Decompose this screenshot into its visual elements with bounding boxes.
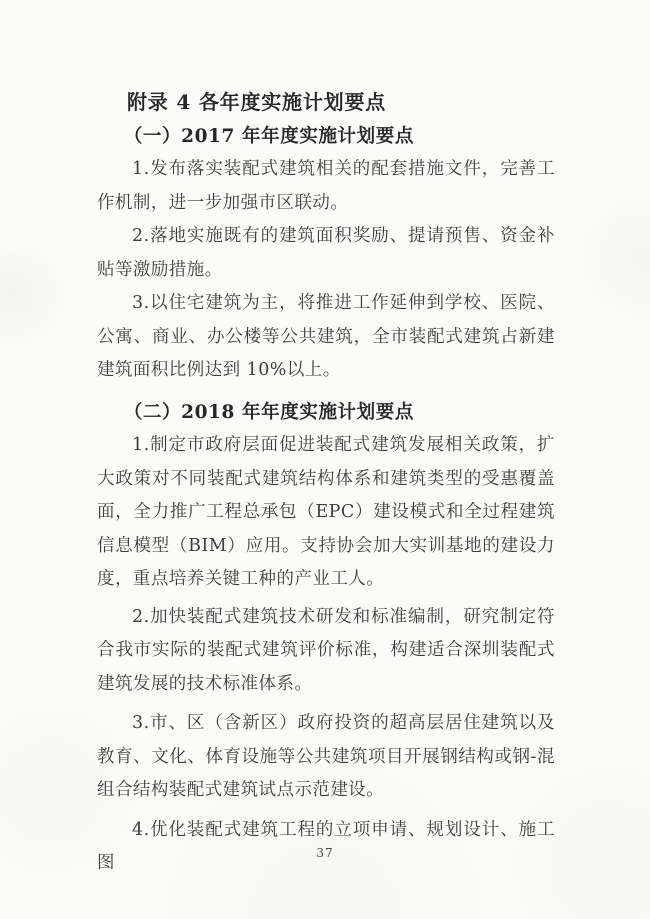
appendix-title: 附录 4 各年度实施计划要点	[97, 86, 555, 120]
paragraph-2017-3: 3.以住宅建筑为主，将推进工作延伸到学校、医院、公寓、商业、办公楼等公共建筑，全…	[97, 287, 555, 388]
paragraph-2018-3: 3.市、区（含新区）政府投资的超高层居住建筑以及教育、文化、体育设施等公共建筑项…	[97, 707, 555, 808]
paragraph-2018-1: 1.制定市政府层面促进装配式建筑发展相关政策，扩大政策对不同装配式建筑结构体系和…	[97, 429, 555, 597]
paragraph-2017-2: 2.落地实施既有的建筑面积奖励、提请预售、资金补贴等激励措施。	[97, 220, 555, 287]
paragraph-2017-1: 1.发布落实装配式建筑相关的配套措施文件，完善工作机制，进一步加强市区联动。	[97, 153, 555, 220]
document-page: 附录 4 各年度实施计划要点 （一）2017 年年度实施计划要点 1.发布落实装…	[0, 0, 650, 919]
section-2017-heading: （一）2017 年年度实施计划要点	[97, 120, 555, 154]
section-2018-heading: （二）2018 年年度实施计划要点	[97, 396, 555, 430]
page-number: 37	[0, 846, 650, 860]
paragraph-2018-2: 2.加快装配式建筑技术研发和标准编制，研究制定符合我市实际的装配式建筑评价标准，…	[97, 601, 555, 702]
